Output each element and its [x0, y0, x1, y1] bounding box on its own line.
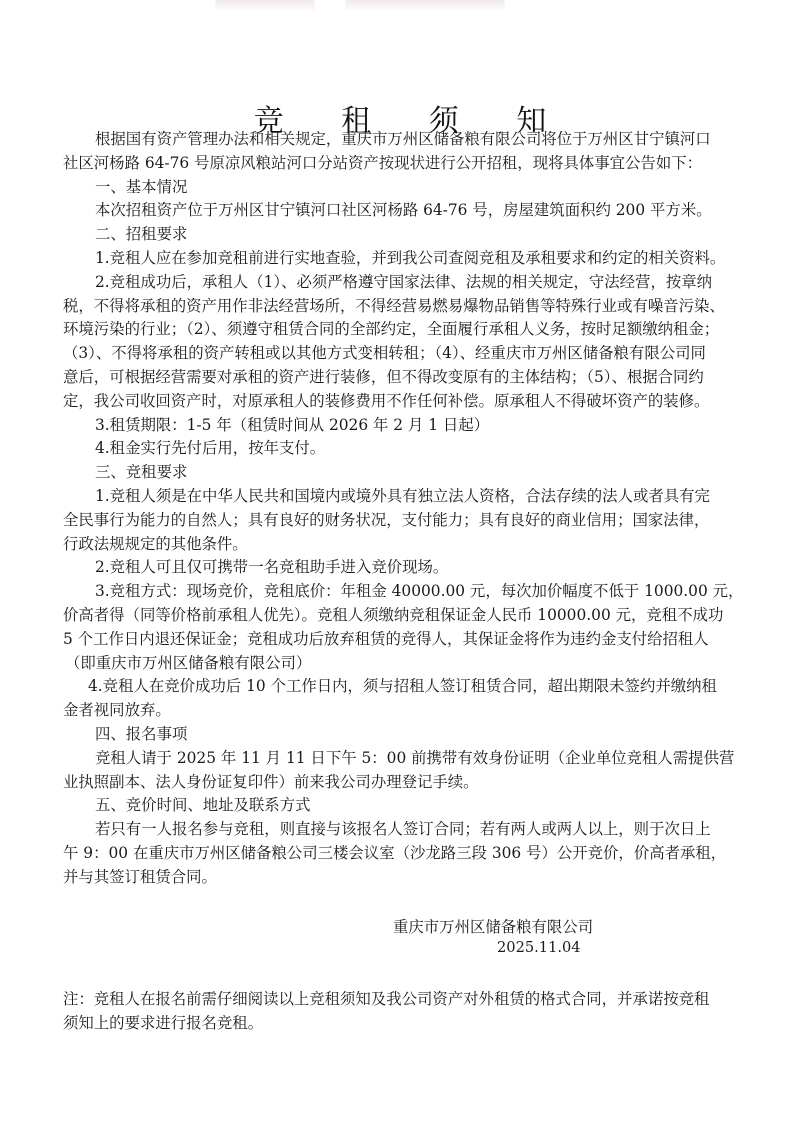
- stamp-bleed-through: [345, 0, 505, 12]
- section-heading-registration: 四、报名事项: [63, 723, 763, 747]
- section-line: 价高者得（同等价格前承租人优先）。竞租人须缴纳竞租保证金人民币 10000.00…: [63, 604, 763, 628]
- section-line: 3.竞租方式：现场竞价，竞租底价：年租金 40000.00 元，每次加价幅度不低…: [63, 580, 763, 604]
- section-heading-basic-info: 一、基本情况: [63, 176, 763, 200]
- note-line: 须知上的要求进行报名竞租。: [63, 1012, 763, 1036]
- document-body: 根据国有资产管理办法和相关规定，重庆市万州区储备粮有限公司将位于万州区甘宁镇河口…: [63, 128, 763, 890]
- section-line: 意后，可根据经营需要对承租的资产进行装修，但不得改变原有的主体结构；（5）、根据…: [63, 366, 763, 390]
- signature-company: 重庆市万州区储备粮有限公司: [393, 915, 593, 937]
- intro-line: 社区河杨路 64-76 号原凉风粮站河口分站资产按现状进行公开招租，现将具体事宜…: [63, 152, 763, 176]
- section-line: （即重庆市万州区储备粮有限公司）: [63, 652, 763, 676]
- note-line: 注：竞租人在报名前需仔细阅读以上竞租须知及我公司资产对外租赁的格式合同，并承诺按…: [63, 988, 763, 1012]
- section-line: 3.租赁期限：1-5 年（租赁时间从 2026 年 2 月 1 日起）: [63, 414, 763, 438]
- footnote: 注：竞租人在报名前需仔细阅读以上竞租须知及我公司资产对外租赁的格式合同，并承诺按…: [63, 988, 763, 1036]
- section-line: 2.竞租成功后，承租人（1）、必须严格遵守国家法律、法规的相关规定，守法经营，按…: [63, 271, 763, 295]
- section-line: 定，我公司收回资产时，对原承租人的装修费用不作任何补偿。原承租人不得破坏资产的装…: [63, 390, 763, 414]
- section-line: 税，不得将承租的资产用作非法经营场所，不得经营易燃易爆物品销售等特殊行业或有噪音…: [63, 295, 763, 319]
- section-line: 1.竞租人应在参加竞租前进行实地查验，并到我公司查阅竞租及承租要求和约定的相关资…: [63, 247, 763, 271]
- section-line: 全民事行为能力的自然人；具有良好的财务状况，支付能力；具有良好的商业信用；国家法…: [63, 509, 763, 533]
- stamp-bleed-through: [215, 0, 315, 12]
- intro-line: 根据国有资产管理办法和相关规定，重庆市万州区储备粮有限公司将位于万州区甘宁镇河口: [63, 128, 763, 152]
- section-line: 行政法规规定的其他条件。: [63, 533, 763, 557]
- section-line: 2.竞租人可且仅可携带一名竞租助手进入竞价现场。: [63, 556, 763, 580]
- section-heading-time-location-contact: 五、竞价时间、地址及联系方式: [63, 794, 763, 818]
- section-line: 4.竞租人在竞价成功后 10 个工作日内，须与招租人签订租赁合同，超出期限未签约…: [63, 675, 763, 699]
- section-line: 本次招租资产位于万州区甘宁镇河口社区河杨路 64-76 号，房屋建筑面积约 20…: [63, 199, 763, 223]
- section-line: 业执照副本、法人身份证复印件）前来我公司办理登记手续。: [63, 771, 763, 795]
- section-line: 若只有一人报名参与竞租，则直接与该报名人签订合同；若有两人或两人以上，则于次日上: [63, 818, 763, 842]
- section-line: 环境污染的行业；（2）、须遵守租赁合同的全部约定，全面履行承租人义务，按时足额缴…: [63, 318, 763, 342]
- section-line: 并与其签订租赁合同。: [63, 866, 763, 890]
- section-line: 5 个工作日内退还保证金；竞租成功后放弃租赁的竞得人，其保证金将作为违约金支付给…: [63, 628, 763, 652]
- section-line: 竞租人请于 2025 年 11 月 11 日下午 5：00 前携带有效身份证明（…: [63, 747, 763, 771]
- section-heading-lease-requirements: 二、招租要求: [63, 223, 763, 247]
- section-line: 4.租金实行先付后用，按年支付。: [63, 437, 763, 461]
- signature-date: 2025.11.04: [497, 939, 581, 956]
- section-heading-bidding-requirements: 三、竞租要求: [63, 461, 763, 485]
- section-line: 金者视同放弃。: [63, 699, 763, 723]
- section-line: 1.竞租人须是在中华人民共和国境内或境外具有独立法人资格，合法存续的法人或者具有…: [63, 485, 763, 509]
- section-line: （3）、不得将承租的资产转租或以其他方式变相转租；（4）、经重庆市万州区储备粮有…: [63, 342, 763, 366]
- section-line: 午 9：00 在重庆市万州区储备粮公司三楼会议室（沙龙路三段 306 号）公开竞…: [63, 842, 763, 866]
